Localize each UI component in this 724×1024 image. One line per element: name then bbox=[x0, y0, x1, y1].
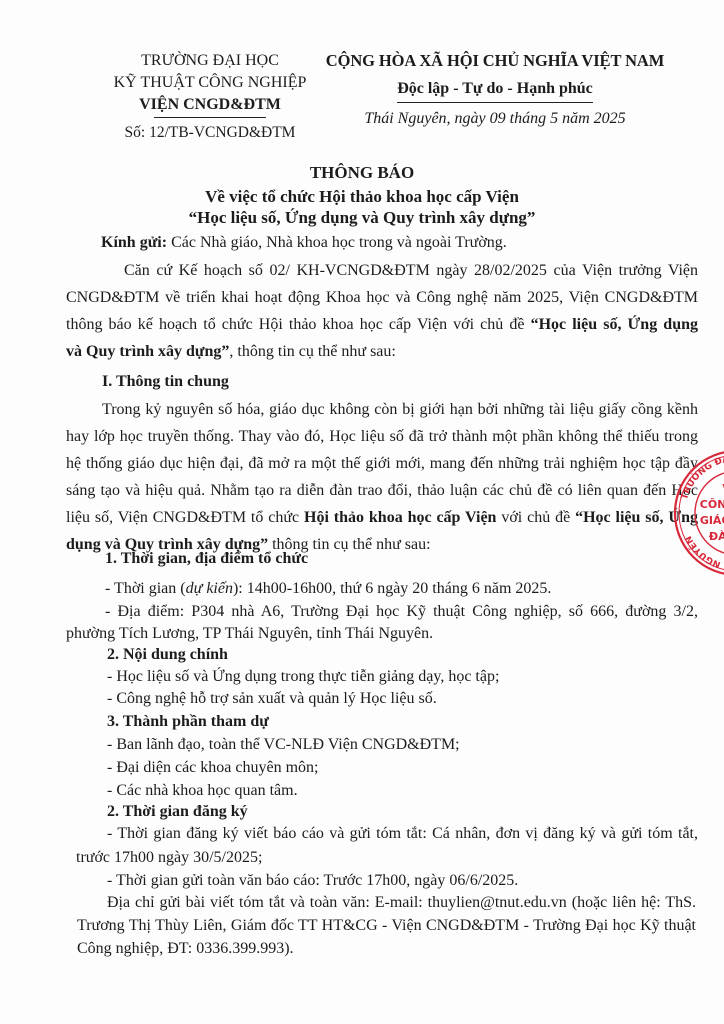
svg-text:GIÁO DỤC &: GIÁO DỤC & bbox=[700, 514, 724, 527]
registration-line-1: - Thời gian đăng ký viết báo cáo và gửi … bbox=[107, 825, 698, 843]
time-line: - Thời gian (dự kiến): 14h00-16h00, thứ … bbox=[105, 580, 551, 598]
main-content-heading: 2. Nội dung chính bbox=[107, 646, 228, 664]
text: ): 14h00-16h00, thứ 6 ngày 20 tháng 6 nă… bbox=[233, 580, 551, 597]
place-date: Thái Nguyên, ngày 09 tháng 5 năm 2025 bbox=[320, 110, 670, 128]
contact-line-1: Địa chỉ gửi bài viết tóm tắt và toàn văn… bbox=[107, 894, 696, 912]
text: - Thời gian ( bbox=[105, 580, 186, 597]
registration-heading: 2. Thời gian đăng ký bbox=[107, 803, 248, 821]
nation-title: CỘNG HÒA XÃ HỘI CHỦ NGHĨA VIỆT NAM bbox=[320, 50, 670, 72]
venue-line-2: phường Tích Lương, TP Thái Nguyên, tỉnh … bbox=[66, 625, 433, 643]
document-subject-2: “Học liệu số, Ứng dụng và Quy trình xây … bbox=[0, 208, 724, 228]
event-name: Hội thảo khoa học cấp Viện bbox=[304, 509, 496, 526]
participant-item: - Các nhà khoa học quan tâm. bbox=[107, 782, 298, 800]
contact-line-2: Trương Thị Thùy Liên, Giám đốc TT HT&CG … bbox=[77, 917, 696, 935]
org-underline bbox=[154, 117, 266, 118]
section-general-info-heading: I. Thông tin chung bbox=[102, 373, 229, 391]
full-paper-deadline: - Thời gian gửi toàn văn báo cáo: Trước … bbox=[107, 872, 518, 890]
org-line-2: KỸ THUẬT CÔNG NGHIỆP bbox=[100, 72, 320, 94]
intro-text-end: , thông tin cụ thể như sau: bbox=[229, 343, 395, 360]
intro-text: thông báo kế hoạch tổ chức Hội thảo khoa… bbox=[66, 316, 531, 333]
general-info-line-1: Trong kỷ nguyên số hóa, giáo dục không c… bbox=[102, 401, 698, 419]
tentative-label: dự kiến bbox=[186, 580, 233, 597]
participant-item: - Ban lãnh đạo, toàn thể VC-NLĐ Viện CNG… bbox=[107, 736, 460, 754]
contact-line-3: Công nghiệp, ĐT: 0336.399.993). bbox=[77, 940, 294, 958]
general-info-line-4: sáng tạo và hiệu quả. Nhằm tạo ra diễn đ… bbox=[66, 482, 698, 500]
main-content-item: - Học liệu số và Ứng dụng trong thực tiễ… bbox=[107, 668, 499, 686]
national-motto: Độc lập - Tự do - Hạnh phúc bbox=[397, 78, 593, 103]
document-subject-1: Về việc tổ chức Hội thảo khoa học cấp Vi… bbox=[0, 187, 724, 207]
document-number: Số: 12/TB-VCNGD&ĐTM bbox=[100, 122, 320, 144]
intro-theme: “Học liệu số, Ứng dụng bbox=[531, 316, 698, 333]
intro-line-2: CNGD&ĐTM về triển khai hoạt động Khoa họ… bbox=[66, 289, 698, 307]
general-info-line-5: liệu số, Viện CNGD&ĐTM tổ chức Hội thảo … bbox=[66, 509, 698, 527]
intro-theme-end: và Quy trình xây dựng” bbox=[66, 343, 229, 360]
time-place-heading: 1. Thời gian, địa điểm tổ chức bbox=[105, 550, 308, 568]
intro-line-4: và Quy trình xây dựng”, thông tin cụ thể… bbox=[66, 343, 396, 361]
intro-line-1: Căn cứ Kế hoạch số 02/ KH-VCNGD&ĐTM ngày… bbox=[124, 262, 698, 280]
participant-item: - Đại diện các khoa chuyên môn; bbox=[107, 759, 318, 777]
venue-line-1: - Địa điểm: P304 nhà A6, Trường Đại học … bbox=[105, 603, 698, 621]
text: liệu số, Viện CNGD&ĐTM tổ chức bbox=[66, 509, 304, 526]
svg-text:CÔNG NGHỆ: CÔNG NGHỆ bbox=[700, 498, 724, 511]
svg-text:ĐÀO TẠO: ĐÀO TẠO bbox=[709, 530, 724, 543]
text: với chủ đề bbox=[496, 509, 575, 526]
main-content-item: - Công nghệ hỗ trợ sản xuất và quản lý H… bbox=[107, 690, 437, 708]
recipient-text: Các Nhà giáo, Nhà khoa học trong và ngoà… bbox=[167, 234, 507, 251]
issuing-organization: TRƯỜNG ĐẠI HỌC KỸ THUẬT CÔNG NGHIỆP VIỆN… bbox=[100, 50, 320, 144]
org-line-1: TRƯỜNG ĐẠI HỌC bbox=[100, 50, 320, 72]
registration-line-2: trước 17h00 ngày 30/5/2025; bbox=[76, 849, 262, 867]
document-type: THÔNG BÁO bbox=[0, 163, 724, 183]
intro-line-3: thông báo kế hoạch tổ chức Hội thảo khoa… bbox=[66, 316, 698, 334]
general-info-line-2: hay lớp học truyền thống. Thay vào đó, H… bbox=[66, 428, 698, 446]
general-info-line-3: hệ thống giáo dục hiện đại, đã mở ra một… bbox=[66, 455, 698, 473]
contact-text: Địa chỉ gửi bài viết tóm tắt và toàn văn… bbox=[107, 894, 696, 911]
org-unit: VIỆN CNGD&ĐTM bbox=[100, 94, 320, 116]
event-theme: “Học liệu số, Ứng bbox=[575, 509, 698, 526]
recipient-label: Kính gửi: bbox=[101, 234, 167, 251]
participants-heading: 3. Thành phần tham dự bbox=[107, 713, 269, 731]
recipient-line: Kính gửi: Các Nhà giáo, Nhà khoa học tro… bbox=[101, 234, 507, 252]
document-page: TRƯỜNG ĐẠI HỌC KỸ THUẬT CÔNG NGHIỆP VIỆN… bbox=[0, 0, 724, 1024]
national-header: CỘNG HÒA XÃ HỘI CHỦ NGHĨA VIỆT NAM Độc l… bbox=[320, 50, 670, 128]
